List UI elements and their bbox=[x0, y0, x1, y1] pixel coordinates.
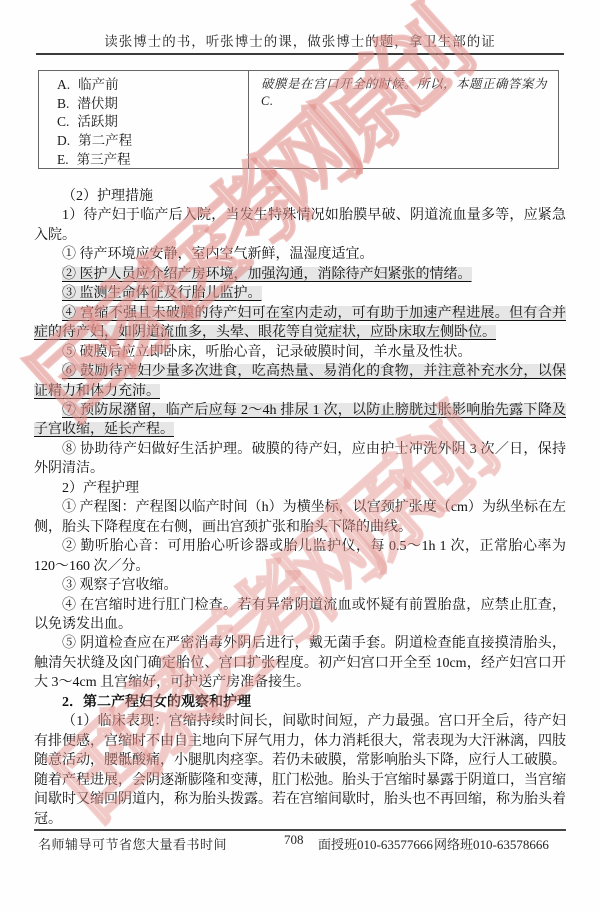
paragraph-text: 2．第二产程妇女的观察和护理 bbox=[62, 695, 251, 710]
paragraph: （2）护理措施 bbox=[34, 187, 566, 206]
highlighted-text: ⑥ 鼓励待产妇少量多次进食，吃高热量、易消化的食物，并注意补充水分，以保证精力和… bbox=[34, 364, 566, 398]
highlighted-text: ⑦ 预防尿潴留，临产后应每 2～4h 排尿 1 次，以防止膀胱过胀影响胎先露下降… bbox=[34, 403, 566, 437]
option-key: C. bbox=[57, 114, 69, 129]
paragraph-text: （1）临床表现：宫缩持续时间长，间歇时间短，产力最强。宫口开全后，待产妇有排便感… bbox=[34, 714, 566, 826]
paragraph-text: 1）待产妇于临产后入院，当发生特殊情况如胎膜早破、阴道流血量多等，应紧急入院。 bbox=[34, 208, 566, 242]
page-number: 708 bbox=[284, 832, 304, 848]
option-key: E. bbox=[57, 152, 69, 167]
footer-phone-onsite: 面授班010-63577666 bbox=[318, 834, 433, 853]
paragraph: ⑧ 协助待产妇做好生活护理。破膜的待产妇，应由护士冲洗外阴 3 次／日，保持外阴… bbox=[34, 440, 566, 479]
paragraph: ④ 宫缩不强且未破膜的待产妇可在室内走动，可有助于加速产程进展。但有合并症的待产… bbox=[34, 304, 566, 343]
paragraph: ② 勤听胎心音：可用胎心听诊器或胎儿监护仪，每 0.5～1h 1 次，正常胎心率… bbox=[34, 537, 566, 576]
paragraph: ④ 在宫缩时进行肛门检查。若有异常阴道流血或怀疑有前置胎盘，应禁止肛查，以免诱发… bbox=[34, 596, 566, 635]
highlighted-text: ④ 宫缩不强且未破膜的待产妇可在室内走动，可有助于加速产程进展。但有合并症的待产… bbox=[34, 306, 566, 340]
paragraph-text: ① 产程图：产程图以临产时间（h）为横坐标，以宫颈扩张度（cm）为纵坐标在左侧，… bbox=[34, 500, 566, 534]
highlighted-text: ② 医护人员应介绍产房环境，加强沟通，消除待产妇紧张的情绪。 bbox=[62, 267, 472, 282]
option-row: A.临产前 bbox=[57, 76, 248, 95]
paragraph-text: ⑧ 协助待产妇做好生活护理。破膜的待产妇，应由护士冲洗外阴 3 次／日，保持外阴… bbox=[34, 442, 566, 476]
footer-rule bbox=[34, 829, 566, 831]
paragraph-text: ③ 观察子宫收缩。 bbox=[62, 578, 178, 593]
footer: 名师辅导可节省您大量看书时间 708 面授班010-63577666 网络班01… bbox=[34, 834, 566, 854]
question-table: A.临产前B.潜伏期C.活跃期D.第二产程E.第三产程 破膜是在宫口开全的时候。… bbox=[38, 70, 559, 169]
paragraph-text: ② 勤听胎心音：可用胎心听诊器或胎儿监护仪，每 0.5～1h 1 次，正常胎心率… bbox=[34, 539, 566, 573]
option-label: 临产前 bbox=[78, 77, 119, 92]
footer-slogan: 名师辅导可节省您大量看书时间 bbox=[38, 834, 227, 853]
paragraph-text: （2）护理措施 bbox=[62, 189, 153, 204]
paragraph-text: 2）产程护理 bbox=[62, 481, 139, 496]
paragraph: ② 医护人员应介绍产房环境，加强沟通，消除待产妇紧张的情绪。 bbox=[34, 265, 566, 284]
paragraph: ③ 观察子宫收缩。 bbox=[34, 576, 566, 595]
highlighted-text: ③ 监测生命体征及行胎儿监护。 bbox=[62, 286, 262, 301]
option-label: 活跃期 bbox=[77, 114, 118, 129]
paragraph: 1）待产妇于临产后入院，当发生特殊情况如胎膜早破、阴道流血量多等，应紧急入院。 bbox=[34, 206, 566, 245]
paragraph: （1）临床表现：宫缩持续时间长，间歇时间短，产力最强。宫口开全后，待产妇有排便感… bbox=[34, 712, 566, 829]
header-slogan: 读张博士的书，听张博士的课，做张博士的题，拿卫生部的证 bbox=[0, 30, 600, 50]
paragraph: ③ 监测生命体征及行胎儿监护。 bbox=[34, 284, 566, 303]
paragraph-text: ④ 在宫缩时进行肛门检查。若有异常阴道流血或怀疑有前置胎盘，应禁止肛查，以免诱发… bbox=[34, 598, 566, 632]
answer-note: 破膜是在宫口开全的时候。所以，本题正确答案为 C. bbox=[249, 71, 558, 168]
paragraph: ⑦ 预防尿潴留，临产后应每 2～4h 排尿 1 次，以防止膀胱过胀影响胎先露下降… bbox=[34, 401, 566, 440]
paragraph: ⑤ 阴道检查应在严密消毒外阴后进行，戴无菌手套。阴道检查能直接摸清胎头，触清矢状… bbox=[34, 634, 566, 692]
option-key: B. bbox=[57, 96, 69, 111]
paragraph: ① 产程图：产程图以临产时间（h）为横坐标，以宫颈扩张度（cm）为纵坐标在左侧，… bbox=[34, 498, 566, 537]
paragraph: ① 待产环境应安静，室内空气新鲜，温湿度适宜。 bbox=[34, 245, 566, 264]
option-row: C.活跃期 bbox=[57, 113, 248, 132]
option-row: B.潜伏期 bbox=[57, 95, 248, 114]
option-label: 第二产程 bbox=[78, 133, 132, 148]
option-key: A. bbox=[57, 77, 70, 92]
section-heading: 2．第二产程妇女的观察和护理 bbox=[34, 693, 566, 712]
option-row: E.第三产程 bbox=[57, 151, 248, 170]
option-label: 潜伏期 bbox=[77, 96, 118, 111]
options-column: A.临产前B.潜伏期C.活跃期D.第二产程E.第三产程 bbox=[39, 71, 249, 168]
option-label: 第三产程 bbox=[77, 152, 131, 167]
paragraph-text: ⑤ 阴道检查应在严密消毒外阴后进行，戴无菌手套。阴道检查能直接摸清胎头，触清矢状… bbox=[34, 636, 566, 690]
footer-phone-online: 网络班010-63578666 bbox=[434, 834, 549, 853]
option-row: D.第二产程 bbox=[57, 132, 248, 151]
option-key: D. bbox=[57, 133, 70, 148]
paragraph: 2）产程护理 bbox=[34, 479, 566, 498]
paragraph-text: ① 待产环境应安静，室内空气新鲜，温湿度适宜。 bbox=[62, 247, 374, 262]
paragraph-text: ⑤ 破膜后应立即卧床，听胎心音，记录破膜时间，羊水量及性状。 bbox=[62, 345, 472, 360]
header-rule bbox=[36, 53, 564, 55]
scanned-book-page: 读张博士的书，听张博士的课，做张博士的题，拿卫生部的证 A.临产前B.潜伏期C.… bbox=[0, 0, 600, 912]
paragraph: ⑥ 鼓励待产妇少量多次进食，吃高热量、易消化的食物，并注意补充水分，以保证精力和… bbox=[34, 362, 566, 401]
paragraph: ⑤ 破膜后应立即卧床，听胎心音，记录破膜时间，羊水量及性状。 bbox=[34, 343, 566, 362]
body-text: （2）护理措施1）待产妇于临产后入院，当发生特殊情况如胎膜早破、阴道流血量多等，… bbox=[34, 187, 566, 829]
